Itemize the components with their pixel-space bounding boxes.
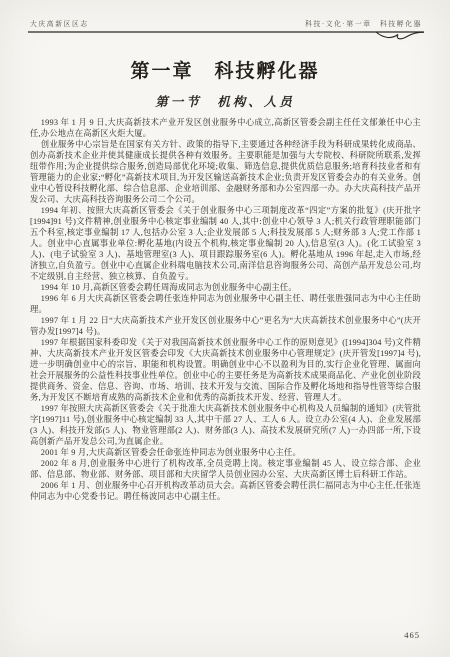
paragraph: 1996 年 6 月大庆高新区管委会聘任张连仲同志为创业服务中心副主任、聘任张胜…	[30, 293, 421, 315]
ribbon-flourish-icon	[376, 32, 424, 39]
document-page: 大庆高新区区志 科技·文化·第一章 科技孵化器 第一章 科技孵化器 第一节 机构…	[0, 0, 450, 657]
paragraph: 2001 年 9 月,大庆高新区管委会任命张连仲同志为创业服务中心主任。	[30, 447, 421, 458]
paragraph: 创业服务中心宗旨是在国家有关方针、政策的指导下,主要通过各种经济手段为科研成果转…	[30, 139, 421, 205]
paragraph: 2006 年 1 月、创业服务中心召开机构改革动员大会。高新区管委会聘任洪仁福同…	[30, 480, 421, 502]
paragraph: 1997 年根据国家科委印发《关于对我国高新技术创业服务中心工作的原则意见》([…	[30, 337, 421, 403]
paragraph: 1997 年 1 月 22 日“大庆高新技术产业开发区创业服务中心”更名为“大庆…	[30, 315, 421, 337]
section-title: 第一节 机构、人员	[0, 92, 450, 110]
paragraph: 2002 年 8 月,创业服务中心进行了机构改革,全员竞聘上岗。核定事业编制 4…	[30, 458, 421, 480]
running-head: 大庆高新区区志 科技·文化·第一章 科技孵化器	[30, 18, 422, 28]
running-head-left: 大庆高新区区志	[30, 18, 89, 28]
page-number: 465	[404, 630, 420, 640]
running-head-right: 科技·文化·第一章 科技孵化器	[305, 18, 422, 28]
body-text: 1993 年 1 月 9 日,大庆高新技术产业开发区创业服务中心成立,高新区管委…	[30, 117, 421, 502]
paragraph: 1994 年初、按照大庆高新区管委会《关于创业服务中心三项制度改革“四定”方案的…	[30, 205, 421, 282]
paragraph: 1993 年 1 月 9 日,大庆高新技术产业开发区创业服务中心成立,高新区管委…	[30, 117, 421, 139]
header-rule	[0, 28, 450, 42]
paragraph: 1997 年按照大庆高新区管委会《关于批准大庆高新技术创业服务中心机构及人员编制…	[30, 403, 421, 447]
paragraph: 1994 年 10 月,高新区管委会聘任周海成同志为创业服务中心副主任。	[30, 282, 421, 293]
chapter-title: 第一章 科技孵化器	[0, 56, 450, 83]
